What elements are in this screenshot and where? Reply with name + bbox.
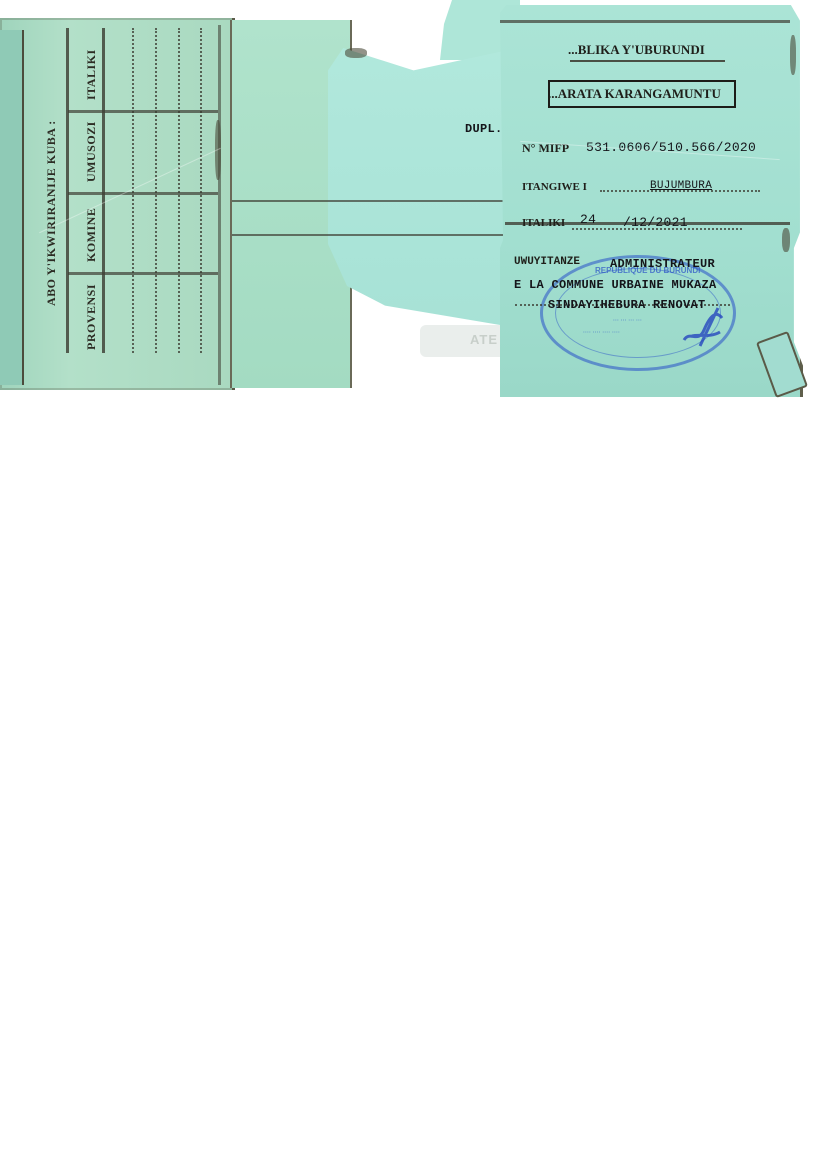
dirt-mark: [790, 35, 796, 75]
fold-line: [232, 200, 517, 202]
issued-at-label: ITANGIWE I: [522, 181, 587, 193]
date-rest: /12/2021: [623, 215, 688, 230]
issued-at-value: BUJUMBURA: [650, 180, 712, 192]
card-title: ...ARATA KARANGAMUNTU: [548, 86, 721, 102]
signatory-title-2: E LA COMMUNE URBAINE MUKAZA: [514, 278, 717, 292]
table-divider: [68, 192, 218, 195]
table-dotted-line: [132, 28, 134, 353]
table-dotted-line: [155, 28, 157, 353]
fold-line: [218, 25, 221, 385]
date-label: ITALIKI: [522, 217, 565, 229]
column-provensi: PROVENSI: [84, 284, 99, 350]
signatory-label: UWUYITANZE: [514, 256, 580, 268]
republic-heading: ...BLIKA Y'UBURUNDI: [568, 42, 705, 58]
left-panel-heading: ABO Y'IKWIRIRANIJE KUBA :: [44, 120, 59, 306]
signatory-name: SINDAYIHEBURA RENOVAT: [548, 298, 706, 312]
signatory-title-1: ADMINISTRATEUR: [610, 257, 715, 271]
dupl-mark: DUPL.: [465, 122, 503, 136]
table-dotted-line: [178, 28, 180, 353]
top-border-line: [500, 20, 790, 23]
date-day: 24: [580, 212, 596, 227]
fold-line: [232, 234, 517, 236]
left-edge-strip: [0, 30, 24, 385]
dirt-mark: [345, 48, 367, 58]
column-komine: KOMINE: [84, 208, 99, 262]
heading-underline: [570, 60, 725, 62]
column-umusozi: UMUSOZI: [84, 121, 99, 182]
column-italiki: ITALIKI: [84, 49, 99, 100]
center-panel: [328, 48, 518, 328]
scanned-id-card: ABO Y'IKWIRIRANIJE KUBA : PROVENSI KOMIN…: [0, 0, 827, 400]
torn-fragment-text: ATE: [470, 332, 498, 347]
table-line: [66, 28, 69, 353]
table-divider: [68, 110, 218, 113]
table-divider: [68, 272, 218, 275]
table-line: [102, 28, 105, 353]
table-dotted-line: [200, 28, 202, 353]
dirt-mark: [782, 228, 790, 252]
